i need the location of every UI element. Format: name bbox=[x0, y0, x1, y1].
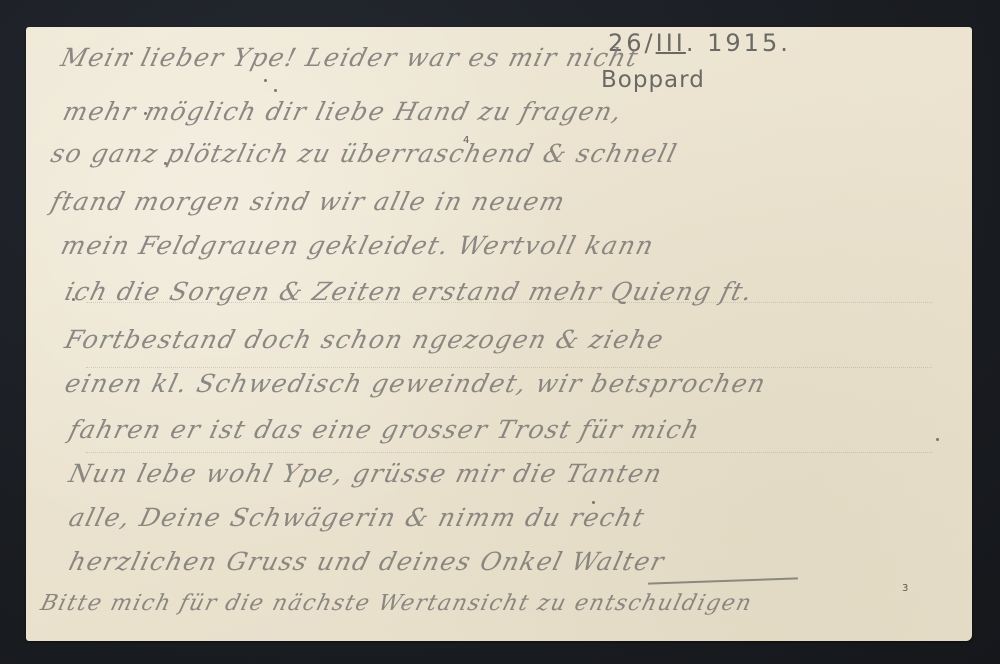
page-marker: 4 bbox=[463, 135, 469, 146]
ink-speck bbox=[936, 438, 939, 441]
text-line-1: Mein lieber Ype! Leider war es mir nicht bbox=[58, 43, 642, 72]
ink-speck bbox=[274, 89, 277, 92]
text-line-12: herzlichen Gruss und deines Onkel Walter bbox=[66, 547, 668, 576]
ink-speck bbox=[144, 112, 147, 115]
ink-speck bbox=[264, 79, 267, 82]
postcard: 26/III. 1915. Boppard Mein lieber Ype! L… bbox=[26, 27, 972, 641]
page-marker: 3 bbox=[902, 583, 908, 594]
text-line-7: Fortbestand doch schon ngezogen & ziehe bbox=[62, 325, 668, 354]
ink-speck bbox=[130, 52, 133, 55]
text-line-11: alle, Deine Schwägerin & nimm du recht bbox=[66, 503, 648, 532]
date-year: 1915 bbox=[707, 29, 780, 57]
ink-speck bbox=[592, 501, 595, 504]
text-line-5: mein Feldgrauen gekleidet. Wertvoll kann bbox=[58, 231, 658, 260]
text-line-3: so ganz plötzlich zu überraschend & schn… bbox=[48, 139, 681, 168]
signature-underline bbox=[648, 577, 798, 584]
ink-speck bbox=[164, 162, 167, 165]
text-line-4: ftand morgen sind wir alle in neuem bbox=[48, 187, 569, 216]
ink-speck bbox=[72, 298, 75, 301]
text-line-8: einen kl. Schwedisch geweindet, wir bets… bbox=[62, 369, 770, 398]
date-month: III bbox=[656, 29, 686, 57]
ruled-line bbox=[86, 452, 932, 453]
text-line-10: Nun lebe wohl Ype, grüsse mir die Tanten bbox=[66, 459, 666, 488]
text-line-6: ich die Sorgen & Zeiten erstand mehr Qui… bbox=[62, 277, 757, 306]
ruled-line bbox=[86, 367, 932, 368]
text-line-13-postscript: Bitte mich für die nächste Wertansicht z… bbox=[38, 591, 755, 616]
text-line-9: fahren er ist das eine grosser Trost für… bbox=[66, 415, 704, 444]
